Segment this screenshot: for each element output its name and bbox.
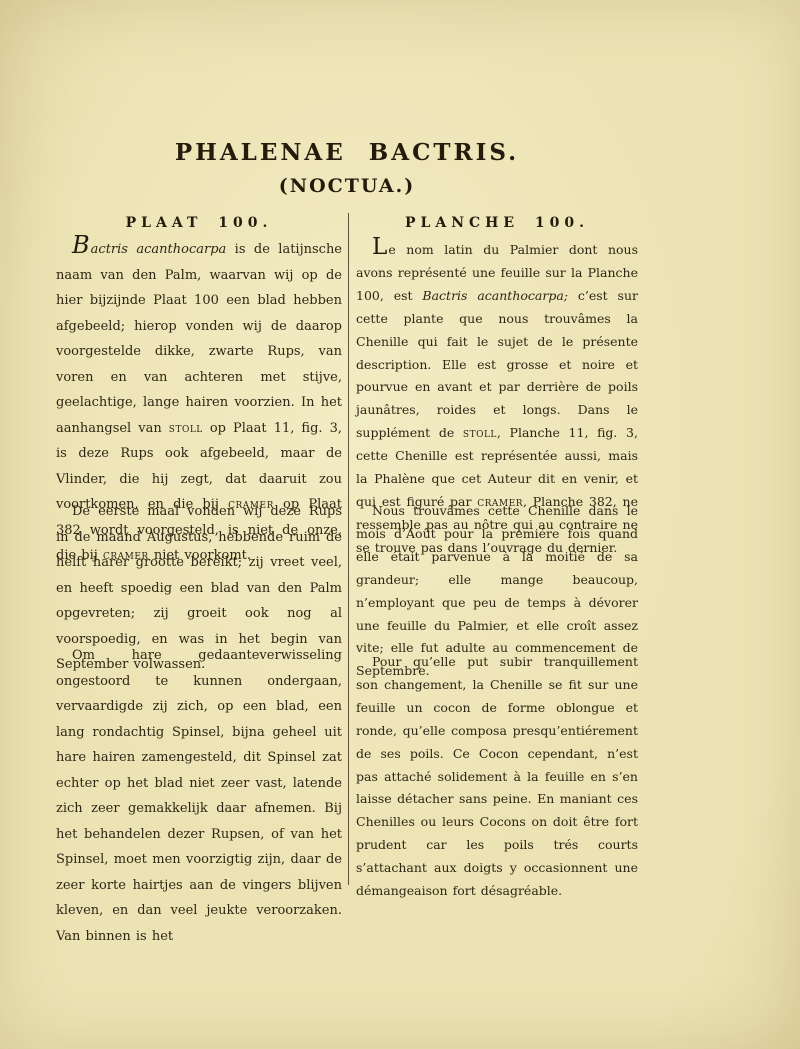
dutch-paragraph-3: Om hare gedaanteverwisseling ongestoord … <box>56 643 342 949</box>
french-column-heading: PLANCHE 100. <box>356 215 638 231</box>
paper-background: PHALENAE BACTRIS. (NOCTUA.) PLAAT 100. B… <box>0 0 800 1049</box>
dutch-column-heading: PLAAT 100. <box>56 215 342 231</box>
french-column: PLANCHE 100. Le nom latin du Palmier don… <box>356 0 638 1049</box>
column-divider <box>348 213 349 885</box>
scanned-book-page-screenshot: { "page": { "paper_color": "#ece3b4", "i… <box>0 0 800 1049</box>
dutch-column: PLAAT 100. Bactris acanthocarpa is de la… <box>56 0 342 1049</box>
french-paragraph-3: Pour qu’elle put subir tranquillement so… <box>356 651 638 903</box>
